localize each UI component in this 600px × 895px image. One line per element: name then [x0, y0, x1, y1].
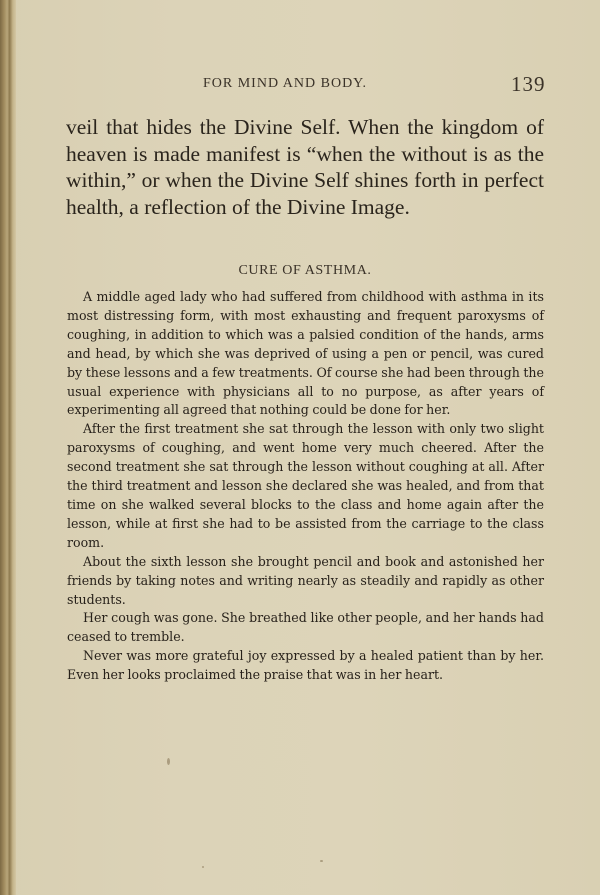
- page-number: 139: [511, 72, 546, 97]
- section-body: A middle aged lady who had suffered from…: [67, 288, 544, 685]
- paper-blemish: [320, 860, 323, 862]
- paragraph: After the first treatment she sat throug…: [67, 420, 544, 552]
- running-title: FOR MIND AND BODY.: [203, 76, 367, 92]
- book-binding-edge: [0, 0, 16, 895]
- running-head: FOR MIND AND BODY. 139: [0, 76, 600, 100]
- paper-blemish: [167, 758, 170, 765]
- book-page: FOR MIND AND BODY. 139 veil that hides t…: [0, 0, 600, 895]
- section-heading: CURE OF ASTHMA.: [0, 263, 600, 279]
- paragraph: A middle aged lady who had suffered from…: [67, 288, 544, 420]
- paragraph: About the sixth lesson she brought penci…: [67, 553, 544, 610]
- paragraph: Her cough was gone. She breathed like ot…: [67, 609, 544, 647]
- paragraph: Never was more grateful joy expressed by…: [67, 647, 544, 685]
- paper-blemish: [202, 866, 204, 868]
- intro-paragraph: veil that hides the Divine Self. When th…: [66, 114, 544, 220]
